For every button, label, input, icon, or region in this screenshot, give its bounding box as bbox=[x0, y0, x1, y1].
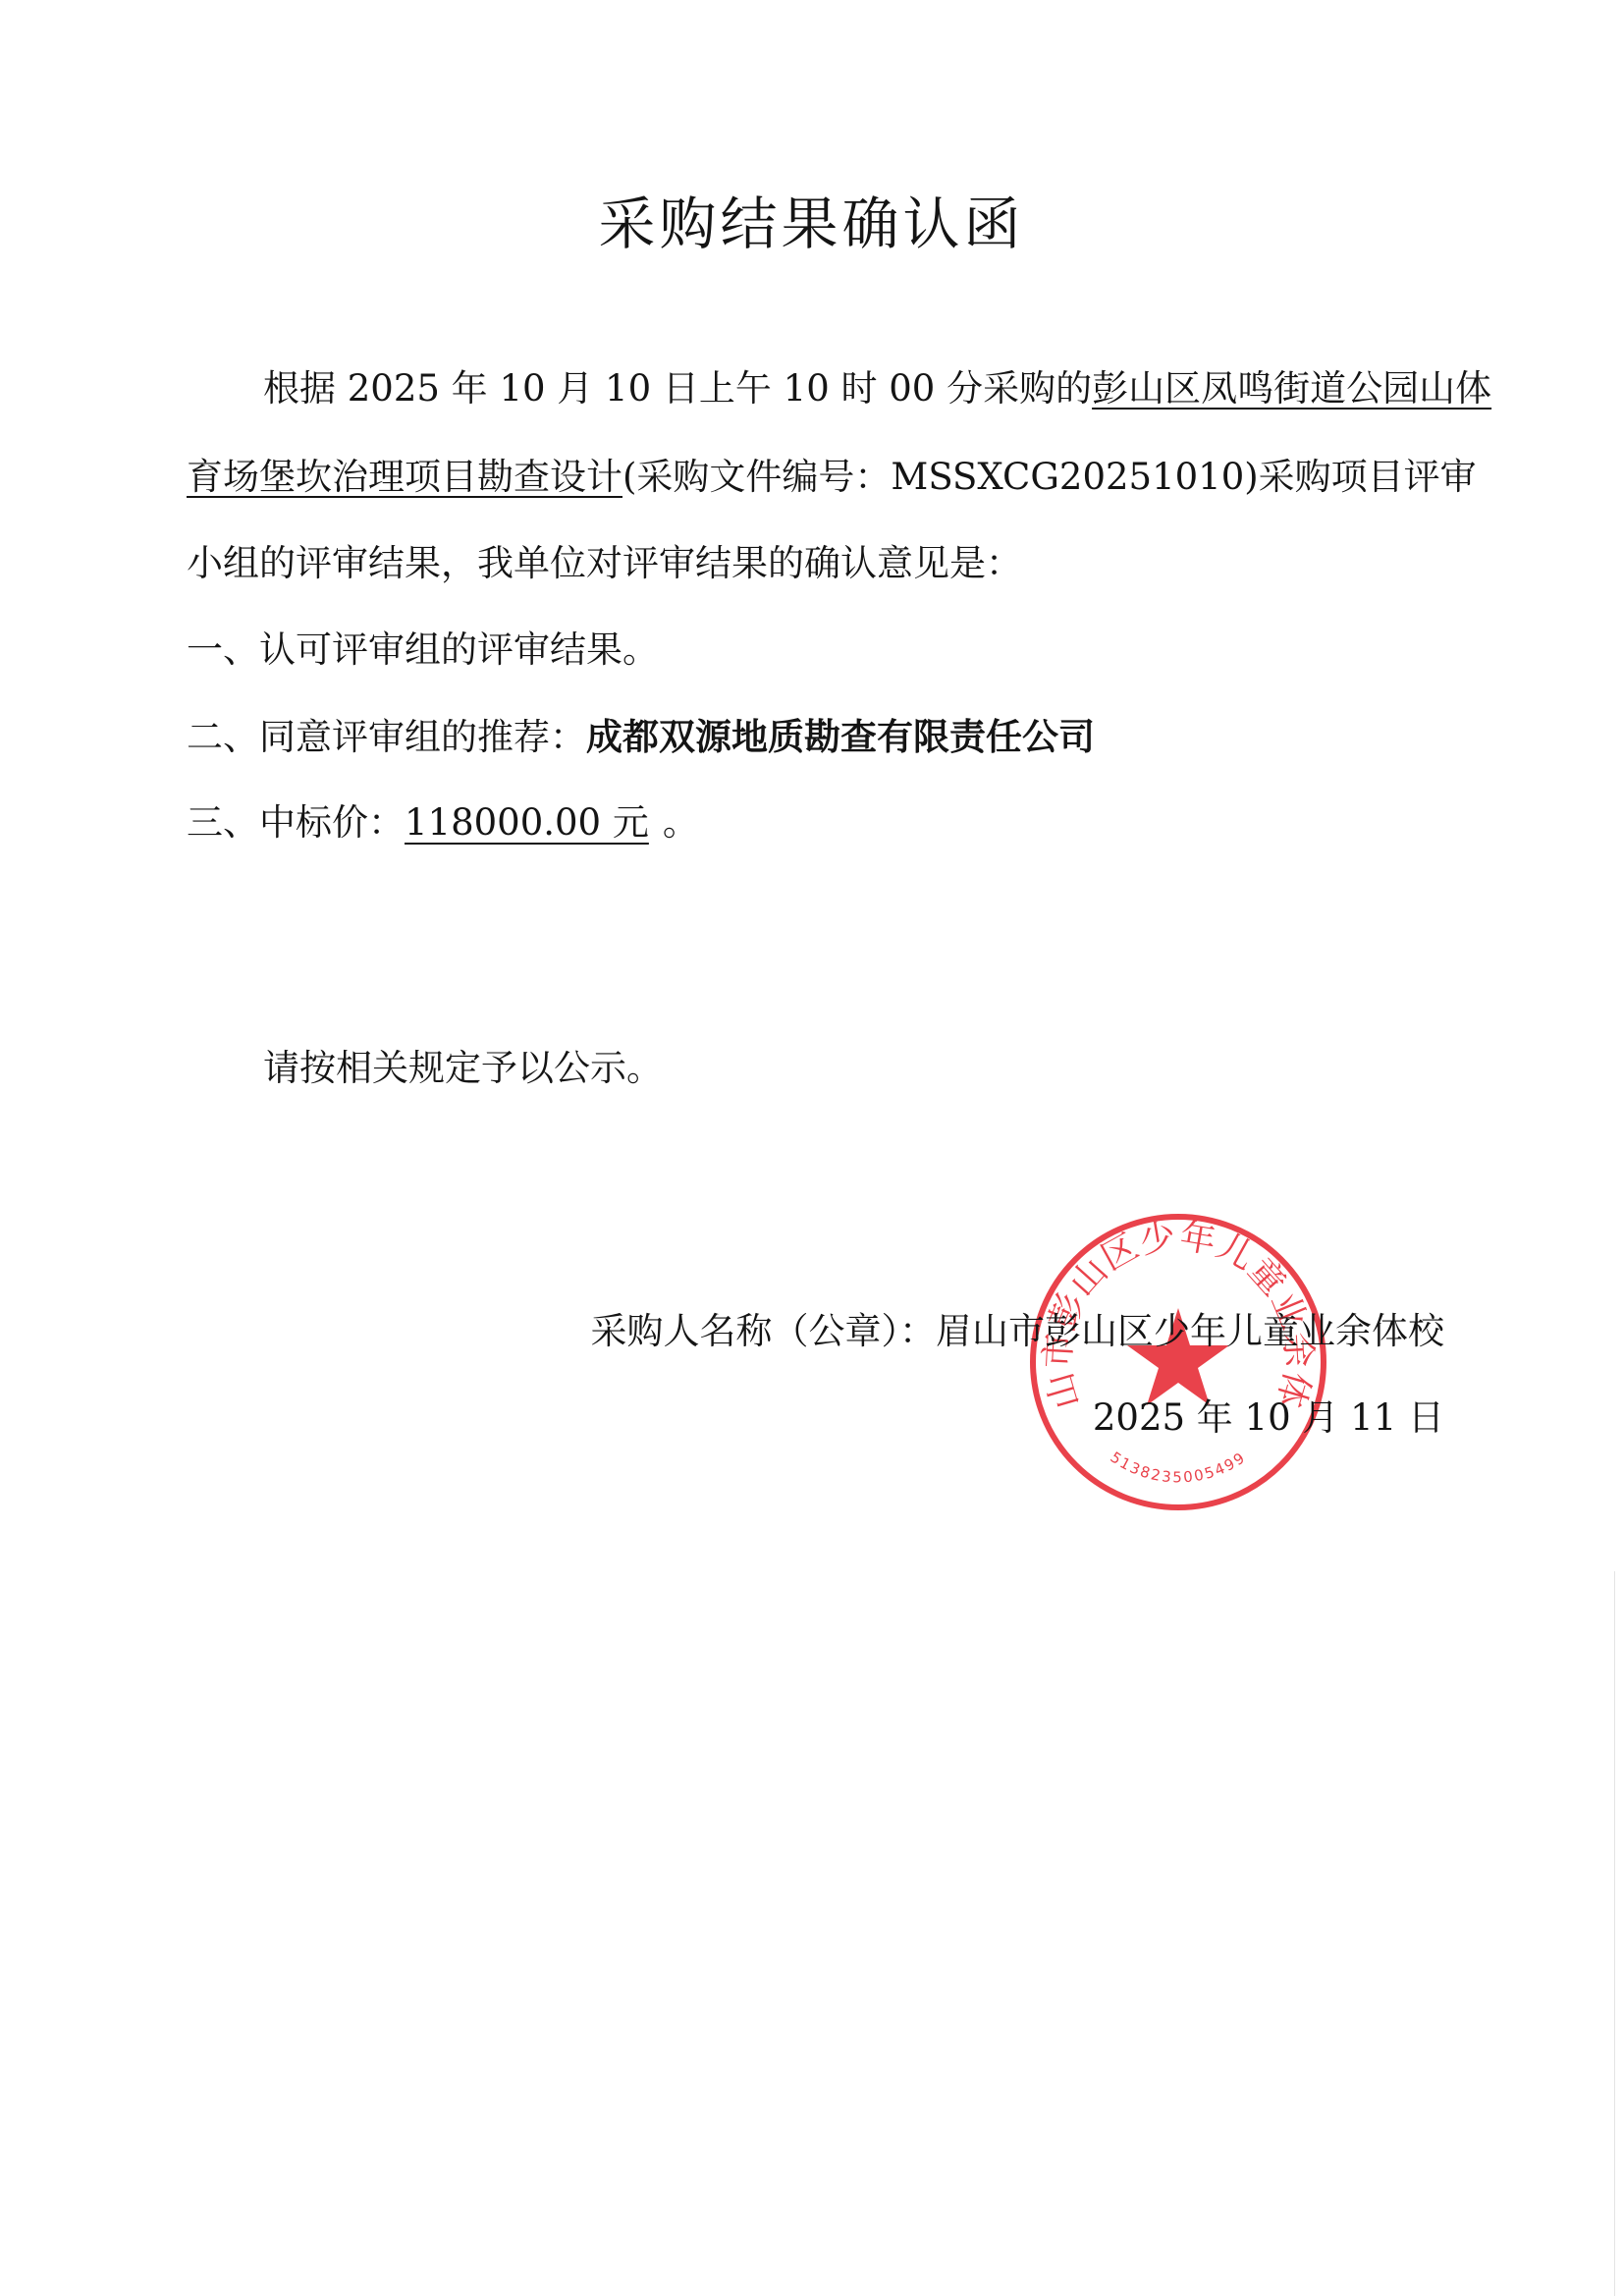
item-3-suffix: 。 bbox=[663, 801, 699, 844]
item-3-label: 三、中标价： bbox=[187, 801, 405, 844]
document-page: 采购结果确认函 根据 2025 年 10 月 10 日上午 10 时 00 分采… bbox=[0, 0, 1623, 2296]
purchaser-name: 眉山市彭山区少年儿童业余体校 bbox=[936, 1310, 1444, 1352]
project-name-part-2: 育场堡坎治理项目勘查设计 bbox=[187, 456, 622, 498]
purchaser-signature-line: 采购人名称（公章）：眉山市彭山区少年儿童业余体校 bbox=[591, 1302, 1445, 1361]
signature-date: 2025 年 10 月 11 日 bbox=[1093, 1389, 1444, 1448]
winning-bid-price: 118000.00 元 bbox=[405, 801, 663, 844]
paragraph-intro: 根据 2025 年 10 月 10 日上午 10 时 00 分采购的 bbox=[263, 367, 1092, 410]
paragraph-line-3: 小组的评审结果，我单位对评审结果的确认意见是： bbox=[187, 534, 1022, 593]
item-3: 三、中标价：118000.00 元。 bbox=[187, 793, 699, 852]
item-2: 二、同意评审组的推荐：成都双源地质勘查有限责任公司 bbox=[187, 707, 1095, 767]
paragraph-line-2: 育场堡坎治理项目勘查设计(采购文件编号：MSSXCG20251010)采购项目评… bbox=[187, 448, 1477, 507]
seal-code: 5138235005499 bbox=[1108, 1449, 1250, 1487]
procurement-file-number: (采购文件编号：MSSXCG20251010)采购项目评审 bbox=[622, 456, 1477, 498]
item-2-label: 二、同意评审组的推荐： bbox=[187, 716, 586, 758]
paragraph-line-1: 根据 2025 年 10 月 10 日上午 10 时 00 分采购的彭山区凤鸣街… bbox=[263, 359, 1491, 418]
recommended-company: 成都双源地质勘查有限责任公司 bbox=[586, 715, 1095, 758]
closing-line: 请按相关规定予以公示。 bbox=[263, 1039, 663, 1098]
purchaser-label: 采购人名称（公章）： bbox=[591, 1310, 937, 1352]
document-title: 采购结果确认函 bbox=[0, 185, 1623, 263]
item-1-label: 一、认可评审组的评审结果。 bbox=[187, 629, 659, 671]
paragraph-conclusion: 小组的评审结果，我单位对评审结果的确认意见是： bbox=[187, 542, 1022, 584]
item-1: 一、认可评审组的评审结果。 bbox=[187, 621, 659, 680]
project-name-part-1: 彭山区凤鸣街道公园山体 bbox=[1092, 367, 1491, 410]
date-text: 2025 年 10 月 11 日 bbox=[1093, 1396, 1444, 1439]
scan-edge-line bbox=[1614, 1571, 1615, 2296]
closing-text: 请按相关规定予以公示。 bbox=[263, 1047, 663, 1089]
official-seal: 眉山市彭山区少年儿童业余体校 5138235005499 bbox=[1026, 1210, 1330, 1514]
